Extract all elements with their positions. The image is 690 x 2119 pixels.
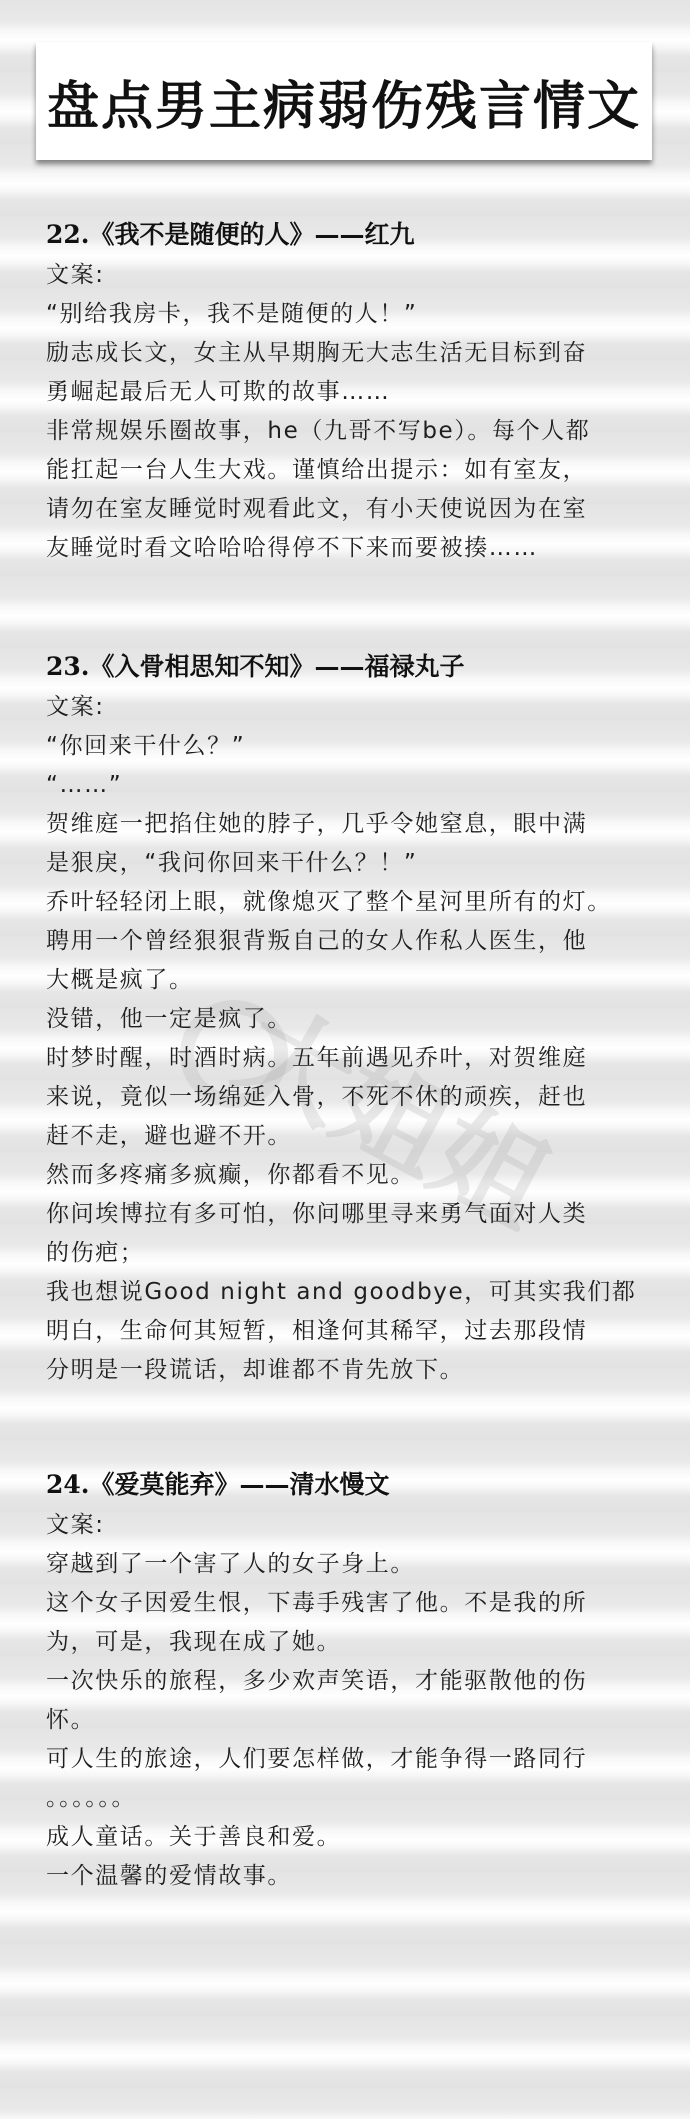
synopsis-line: 是狠戾，“我问你回来干什么？！”: [46, 844, 666, 883]
synopsis-line: 为，可是，我现在成了她。: [46, 1623, 666, 1662]
synopsis-line: 勇崛起最后无人可欺的故事……: [46, 373, 666, 412]
book-entry-23: 23.《入骨相思知不知》——福禄丸子 文案: “你回来干什么？” “……” 贺维…: [46, 646, 666, 1390]
synopsis-line: 成人童话。关于善良和爱。: [46, 1818, 666, 1857]
synopsis-line: 。。。。。。: [46, 1779, 666, 1818]
section-spacer: [46, 568, 666, 646]
synopsis-line: 请勿在室友睡觉时观看此文，有小天使说因为在室: [46, 490, 666, 529]
synopsis-line: 分明是一段谎话，却谁都不肯先放下。: [46, 1351, 666, 1390]
synopsis-line: 友睡觉时看文哈哈哈得停不下来而要被揍……: [46, 529, 666, 568]
synopsis-line: 明白，生命何其短暂，相逢何其稀罕，过去那段情: [46, 1312, 666, 1351]
synopsis-line: 来说，竟似一场绵延入骨，不死不休的顽疾，赶也: [46, 1078, 666, 1117]
synopsis-line: 然而多疼痛多疯癫，你都看不见。: [46, 1156, 666, 1195]
book-heading: 23.《入骨相思知不知》——福禄丸子: [46, 646, 666, 688]
synopsis-line: 可人生的旅途，人们要怎样做，才能争得一路同行: [46, 1740, 666, 1779]
synopsis-line: 大概是疯了。: [46, 961, 666, 1000]
synopsis-line: 能扛起一台人生大戏。谨慎给出提示：如有室友，: [46, 451, 666, 490]
synopsis-line: 贺维庭一把掐住她的脖子，几乎令她窒息，眼中满: [46, 805, 666, 844]
synopsis-line: 穿越到了一个害了人的女子身上。: [46, 1545, 666, 1584]
synopsis-line: 乔叶轻轻闭上眼，就像熄灭了整个星河里所有的灯。: [46, 883, 666, 922]
synopsis-line: 这个女子因爱生恨，下毒手残害了他。不是我的所: [46, 1584, 666, 1623]
synopsis-line: 赶不走，避也避不开。: [46, 1117, 666, 1156]
synopsis-line: 怀。: [46, 1701, 666, 1740]
article-body: 22.《我不是随便的人》——红九 文案: “别给我房卡，我不是随便的人！” 励志…: [46, 214, 666, 1896]
synopsis-line: 非常规娱乐圈故事，he（九哥不写be）。每个人都: [46, 412, 666, 451]
section-spacer: [46, 1390, 666, 1464]
synopsis-line: “……”: [46, 766, 666, 805]
synopsis-line: 一次快乐的旅程，多少欢声笑语，才能驱散他的伤: [46, 1662, 666, 1701]
title-card: 盘点男主病弱伤残言情文: [36, 42, 652, 160]
book-entry-22: 22.《我不是随便的人》——红九 文案: “别给我房卡，我不是随便的人！” 励志…: [46, 214, 666, 568]
synopsis-line: 励志成长文，女主从早期胸无大志生活无目标到奋: [46, 334, 666, 373]
synopsis-label: 文案:: [46, 1506, 666, 1545]
synopsis-line: 没错，他一定是疯了。: [46, 1000, 666, 1039]
synopsis-line: 我也想说Good night and goodbye，可其实我们都: [46, 1273, 666, 1312]
synopsis-line: 你问埃博拉有多可怕，你问哪里寻来勇气面对人类: [46, 1195, 666, 1234]
synopsis-label: 文案:: [46, 256, 666, 295]
synopsis-line: “你回来干什么？”: [46, 727, 666, 766]
synopsis-line: 聘用一个曾经狠狠背叛自己的女人作私人医生，他: [46, 922, 666, 961]
synopsis-line: 的伤疤；: [46, 1234, 666, 1273]
synopsis-line: 一个温馨的爱情故事。: [46, 1857, 666, 1896]
book-entry-24: 24.《爱莫能弃》——清水慢文 文案: 穿越到了一个害了人的女子身上。 这个女子…: [46, 1464, 666, 1896]
synopsis-line: 时梦时醒，时酒时病。五年前遇见乔叶，对贺维庭: [46, 1039, 666, 1078]
page-title: 盘点男主病弱伤残言情文: [47, 64, 641, 139]
book-heading: 24.《爱莫能弃》——清水慢文: [46, 1464, 666, 1506]
synopsis-line: “别给我房卡，我不是随便的人！”: [46, 295, 666, 334]
synopsis-label: 文案:: [46, 688, 666, 727]
book-heading: 22.《我不是随便的人》——红九: [46, 214, 666, 256]
